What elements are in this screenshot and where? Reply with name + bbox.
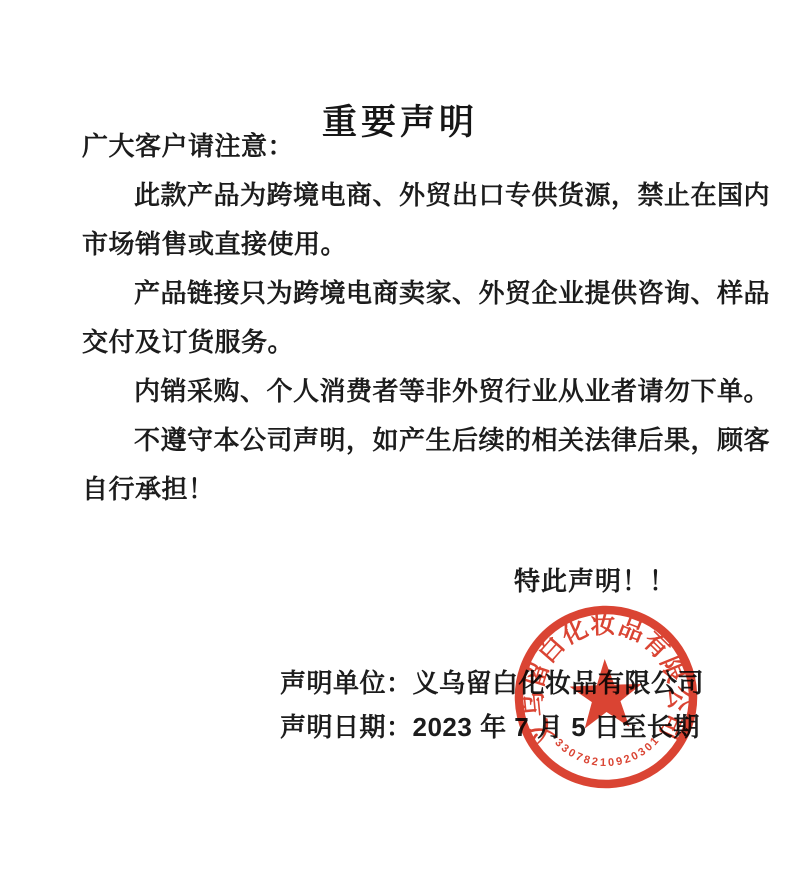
salutation-line: 广大客户请注意： bbox=[82, 122, 724, 171]
body-line: 市场销售或直接使用。 bbox=[82, 220, 724, 269]
body-line: 产品链接只为跨境电商卖家、外贸企业提供咨询、样品 bbox=[82, 269, 724, 318]
body-line: 不遵守本公司声明，如产生后续的相关法律后果，顾客 bbox=[82, 416, 724, 465]
body-line: 自行承担！ bbox=[82, 465, 724, 514]
company-seal: 义乌留白化妆品有限公司 33078210920301 bbox=[505, 596, 708, 799]
body-line: 内销采购、个人消费者等非外贸行业从业者请勿下单。 bbox=[82, 367, 724, 416]
seal-star-icon bbox=[569, 658, 644, 729]
statement-document-page: 重要声明 广大客户请注意： 此款产品为跨境电商、外贸出口专供货源，禁止在国内 市… bbox=[0, 0, 800, 880]
closing-statement: 特此声明！！ bbox=[514, 564, 676, 598]
seal-serial-number: 33078210920301 bbox=[552, 733, 664, 771]
body-line: 此款产品为跨境电商、外贸出口专供货源，禁止在国内 bbox=[82, 171, 724, 220]
document-body: 广大客户请注意： 此款产品为跨境电商、外贸出口专供货源，禁止在国内 市场销售或直… bbox=[82, 122, 724, 514]
body-line: 交付及订货服务。 bbox=[82, 318, 724, 367]
